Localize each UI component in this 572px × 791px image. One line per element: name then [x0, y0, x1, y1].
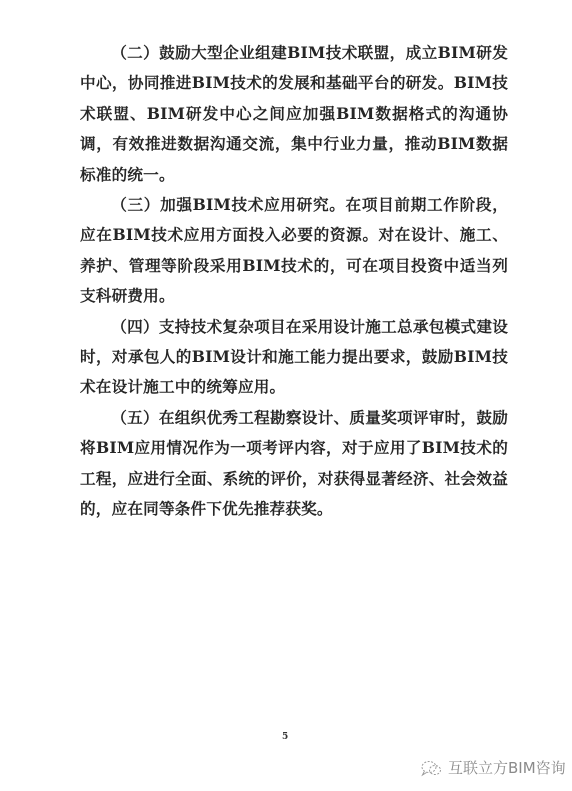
paragraph-2: （二）鼓励大型企业组建BIM技术联盟，成立BIM研发中心，协同推进BIM技术的发… [80, 38, 508, 190]
paragraph-5: （五）在组织优秀工程勘察设计、质量奖项评审时，鼓励将BIM应用情况作为一项考评内… [80, 403, 508, 525]
paragraph-4: （四）支持技术复杂项目在采用设计施工总承包模式建设时，对承包人的BIM设计和施工… [80, 312, 508, 403]
document-body: （二）鼓励大型企业组建BIM技术联盟，成立BIM研发中心，协同推进BIM技术的发… [80, 38, 508, 525]
watermark: 互联立方BIM咨询 [420, 757, 566, 778]
document-page: （二）鼓励大型企业组建BIM技术联盟，成立BIM研发中心，协同推进BIM技术的发… [0, 0, 572, 791]
page-number: 5 [282, 732, 288, 742]
watermark-text: 互联立方BIM咨询 [448, 757, 566, 778]
wechat-icon [420, 759, 442, 777]
paragraph-3: （三）加强BIM技术应用研究。在项目前期工作阶段，应在BIM技术应用方面投入必要… [80, 190, 508, 312]
